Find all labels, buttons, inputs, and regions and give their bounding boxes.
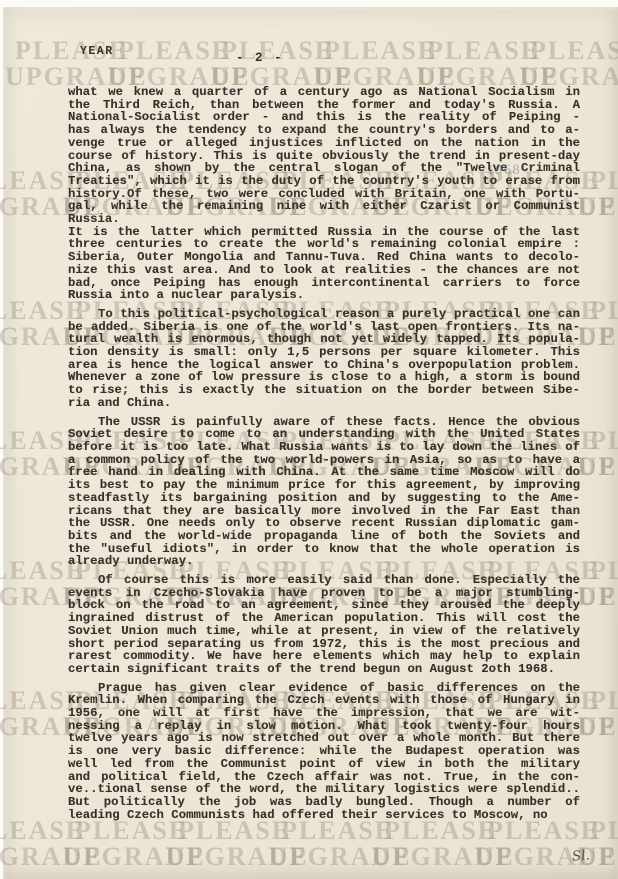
stamp-1968: 1968 (487, 163, 521, 180)
text-line: to rise; this is exactly the situation o… (68, 384, 580, 397)
text-line: Russia into a nuclear paralysis. (68, 289, 580, 302)
text-line: Siberia, Outer Mongolia and Tannu-Tuva. … (68, 251, 580, 264)
document-body: what we knew a quarter of a century ago … (68, 86, 580, 827)
document-page: PLEASEUPGRADEPLEASEUPGRADEPLEASEUPGRADEP… (0, 0, 618, 879)
page-number: - 2 - (236, 51, 284, 65)
text-line: well led from the Communist point of vie… (68, 758, 580, 771)
paragraph: Prague has given clear evidence of basic… (68, 682, 580, 822)
text-line: But politically the job was badly bungle… (68, 796, 580, 809)
text-line: certain significant traits of the trend … (68, 663, 580, 676)
paragraph: The USSR is painfully aware of these fac… (68, 416, 580, 568)
text-line: already underway. (68, 555, 580, 568)
paragraph: what we knew a quarter of a century ago … (68, 86, 580, 302)
text-line: To this political-psychological reason a… (68, 308, 580, 321)
text-line: bits and the world-wide propaganda line … (68, 530, 580, 543)
handwritten-initials: Sl. (571, 847, 590, 864)
text-line: the USSR. One needs only to observe rece… (68, 517, 580, 530)
text-line: gal, while the remaining nine with eithe… (68, 200, 580, 225)
text-line: before it is too late. What Russia wants… (68, 441, 580, 454)
text-line: ria and China. (68, 397, 580, 410)
text-line: what we knew a quarter of a century ago … (68, 86, 580, 99)
text-line: is one very basic difference: while the … (68, 745, 580, 758)
text-line: leading Czech Communists had offered the… (68, 809, 580, 822)
text-line: Soviet Union much time, while at present… (68, 625, 580, 638)
paragraph: Of course this is more easily said than … (68, 574, 580, 676)
text-line: venge true or alleged injustices inflict… (68, 137, 580, 150)
paragraph: To this political-psychological reason a… (68, 308, 580, 410)
text-line: Of course this is more easily said than … (68, 574, 580, 587)
text-line: has always the tendency to expand the co… (68, 124, 580, 137)
text-line: nize this vast area. And to look at real… (68, 264, 580, 277)
text-line: ingrained distrust of the American popul… (68, 612, 580, 625)
header-label-year: YEAR (80, 45, 114, 58)
text-line: tion density is small: only 1,5 persons … (68, 346, 580, 359)
text-line: steadfastly its bargaining position and … (68, 492, 580, 505)
text-line: its best to pay the minimum price for th… (68, 479, 580, 492)
text-line: 1956, one will at first have the impress… (68, 707, 580, 720)
